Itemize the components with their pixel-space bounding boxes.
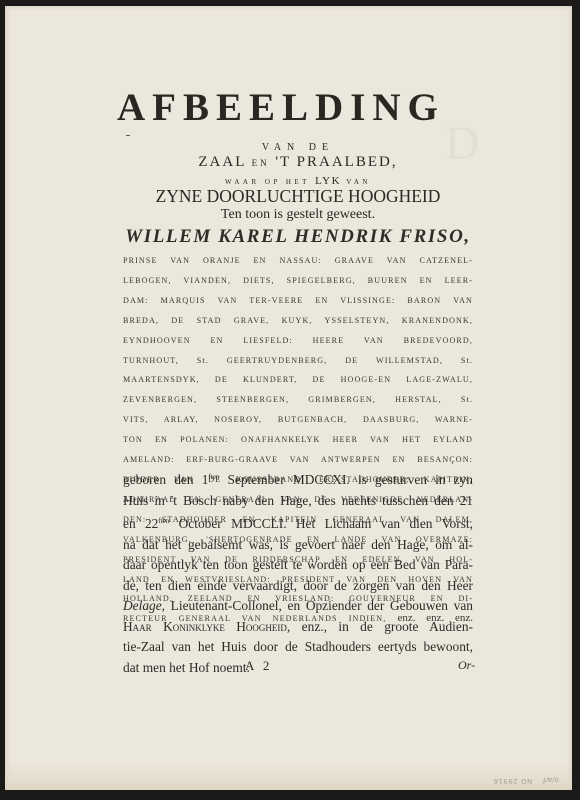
- body-line: na dat het gebalsemt was, is gevoert nae…: [123, 535, 473, 556]
- subtitle-part: ZAAL: [198, 154, 245, 170]
- print-mark: [126, 135, 130, 136]
- body-line: en 22ften October MDCCLI. Het Lichaam va…: [123, 511, 473, 535]
- catchword: Or-: [458, 658, 475, 673]
- titles-line: BREDA, DE STAD GRAVE, KUYK, YSSELSTEYN, …: [123, 311, 473, 331]
- signature-mark: A 2: [245, 658, 272, 674]
- body-line: Haar Koninklyke Hoogheid, enz., in de gr…: [123, 617, 473, 638]
- body-line: Delage, Lieutenant-Collonel, en Opziende…: [123, 596, 473, 617]
- handwritten-annotation: o/a/f: [543, 776, 559, 784]
- subtitle-ten-toon: Ten toon is gestelt geweest.: [123, 207, 473, 223]
- body-paragraph: geboren den 1ften September MDCCXI. is g…: [123, 467, 473, 678]
- body-line: dat men het Hof noemt.: [123, 658, 473, 679]
- prince-name: WILLEM KAREL HENDRIK FRISO,: [123, 226, 473, 248]
- ordinal-superscript: ften: [158, 517, 169, 525]
- body-line: tie-Zaal van het Huis door de Stadhouder…: [123, 637, 473, 658]
- titles-line: ZEVENBERGEN, STEENBERGEN, GRIMBERGEN, HE…: [123, 390, 473, 410]
- titles-line: EYNDHOOVEN EN LIESFELD: HEERE VAN BREDEV…: [123, 331, 473, 351]
- titles-line: MAARTENSDYK, DE KLUNDERT, DE HOOGE-EN LA…: [123, 370, 473, 390]
- subtitle-van-de: VAN DE: [123, 142, 473, 153]
- titles-line: DAM: MARQUIS VAN TER-VEERE EN VLISSINGE:…: [123, 291, 473, 311]
- body-text: , Lieutenant-Collonel, en Opziender der …: [162, 598, 473, 613]
- titles-line: VITS, ARLAY, NOSEROY, BUTGENBACH, DAASBU…: [123, 410, 473, 430]
- titles-line: LEBOGEN, VIANDEN, DIETS, SPIEGELBERG, BU…: [123, 271, 473, 291]
- body-line: Huis in 't Bosch naby den Hage, des nach…: [123, 491, 473, 512]
- subtitle-part: EN: [252, 158, 270, 168]
- subtitle-part: WAAR OP HET: [225, 178, 310, 186]
- body-text: October MDCCLI. Het Lichaam van dien Vor…: [169, 516, 473, 531]
- body-line: de, ten dien einde vervaardigt, door de …: [123, 576, 473, 597]
- document-page: D AFBEELDING VAN DE ZAAL EN 'T PRAALBED,…: [5, 6, 572, 790]
- body-small-caps: Haar Koninklyke Hoogheid: [123, 619, 287, 634]
- titles-line: PRINSE VAN ORANJE EN NASSAU: GRAAVE VAN …: [123, 251, 473, 271]
- body-text: en 22: [123, 516, 158, 531]
- body-italic: Delage: [123, 598, 162, 613]
- subtitle-zaal-praalbed: ZAAL EN 'T PRAALBED,: [123, 154, 473, 171]
- subtitle-part: VAN: [346, 178, 371, 186]
- body-text: geboren den 1: [123, 472, 208, 487]
- body-line: daar opentlyk ten toon gestelt te worden…: [123, 555, 473, 576]
- body-text: , enz., in de groote Audien-: [287, 619, 473, 634]
- subtitle-zyne-doorluchtige-hoogheid: ZYNE DOORLUCHTIGE HOOGHEID: [123, 186, 473, 207]
- ordinal-superscript: ften: [208, 473, 219, 481]
- subtitle-part: 'T PRAALBED,: [275, 154, 397, 170]
- page-title: AFBEELDING: [117, 86, 397, 130]
- archive-number-annotation: NO 29916: [493, 777, 532, 785]
- titles-line: TON EN POLANEN: ONAFHANKELYK HEER VAN HE…: [123, 430, 473, 450]
- titles-line: TURNHOUT, St. GEERTRUYDENBERG, DE WILLEM…: [123, 351, 473, 371]
- body-text: September MDCCXI. is gesturven in zyn: [219, 472, 473, 487]
- body-line: geboren den 1ften September MDCCXI. is g…: [123, 467, 473, 491]
